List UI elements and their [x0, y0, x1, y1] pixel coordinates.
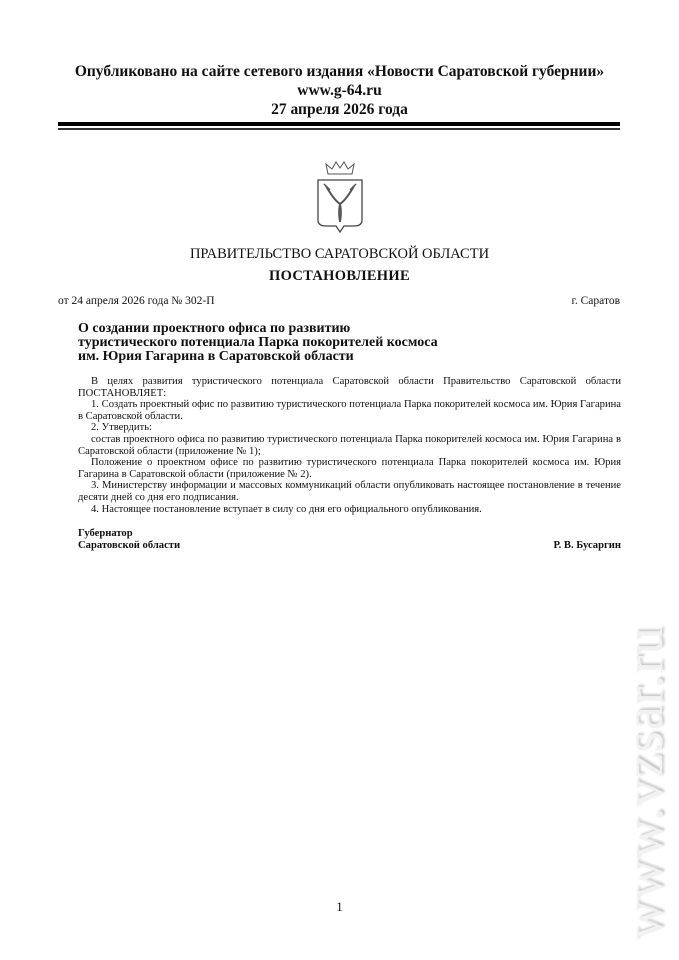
publication-line-1: Опубликовано на сайте сетевого издания «…	[0, 63, 679, 81]
paragraph-item-1: 1. Создать проектный офис по развитию ту…	[78, 399, 621, 422]
paragraph-resolves: ПОСТАНОВЛЯЕТ:	[78, 388, 621, 400]
paragraph-preamble: В целях развития туристического потенциа…	[78, 376, 621, 388]
header-rule-thick	[58, 122, 620, 126]
signatory-position-2: Саратовской области	[78, 540, 621, 552]
watermark: www.vzsar.ru	[612, 626, 675, 940]
document-date-number: от 24 апреля 2026 года № 302-П	[58, 295, 215, 307]
signature-block: Губернатор Саратовской области Р. В. Бус…	[78, 528, 621, 552]
paragraph-item-4: 4. Настоящее постановление вступает в си…	[78, 504, 621, 516]
page-number: 1	[0, 899, 679, 915]
paragraph-item-2: 2. Утвердить:	[78, 422, 621, 434]
document-body: В целях развития туристического потенциа…	[78, 376, 621, 515]
title-line-2: туристического потенциала Парка покорите…	[78, 336, 438, 350]
signatory-position-1: Губернатор	[78, 528, 621, 540]
paragraph-item-3: 3. Министерству информации и массовых ко…	[78, 480, 621, 503]
signatory-name: Р. В. Бусаргин	[553, 540, 621, 552]
publication-site: www.g-64.ru	[0, 82, 679, 100]
paragraph-item-2-regulation: Положение о проектном офисе по развитию …	[78, 457, 621, 480]
document-title: О создании проектного офиса по развитию …	[78, 322, 438, 364]
document-type: ПОСТАНОВЛЕНИЕ	[0, 268, 679, 285]
government-name: ПРАВИТЕЛЬСТВО САРАТОВСКОЙ ОБЛАСТИ	[0, 246, 679, 263]
title-line-1: О создании проектного офиса по развитию	[78, 322, 438, 336]
publication-date: 27 апреля 2026 года	[0, 101, 679, 119]
title-line-3: им. Юрия Гагарина в Саратовской области	[78, 350, 438, 364]
saratov-coat-of-arms-icon	[312, 160, 368, 236]
paragraph-item-2-composition: состав проектного офиса по развитию тури…	[78, 434, 621, 457]
header-rule-thin	[58, 128, 620, 130]
document-city: г. Саратов	[571, 295, 620, 307]
